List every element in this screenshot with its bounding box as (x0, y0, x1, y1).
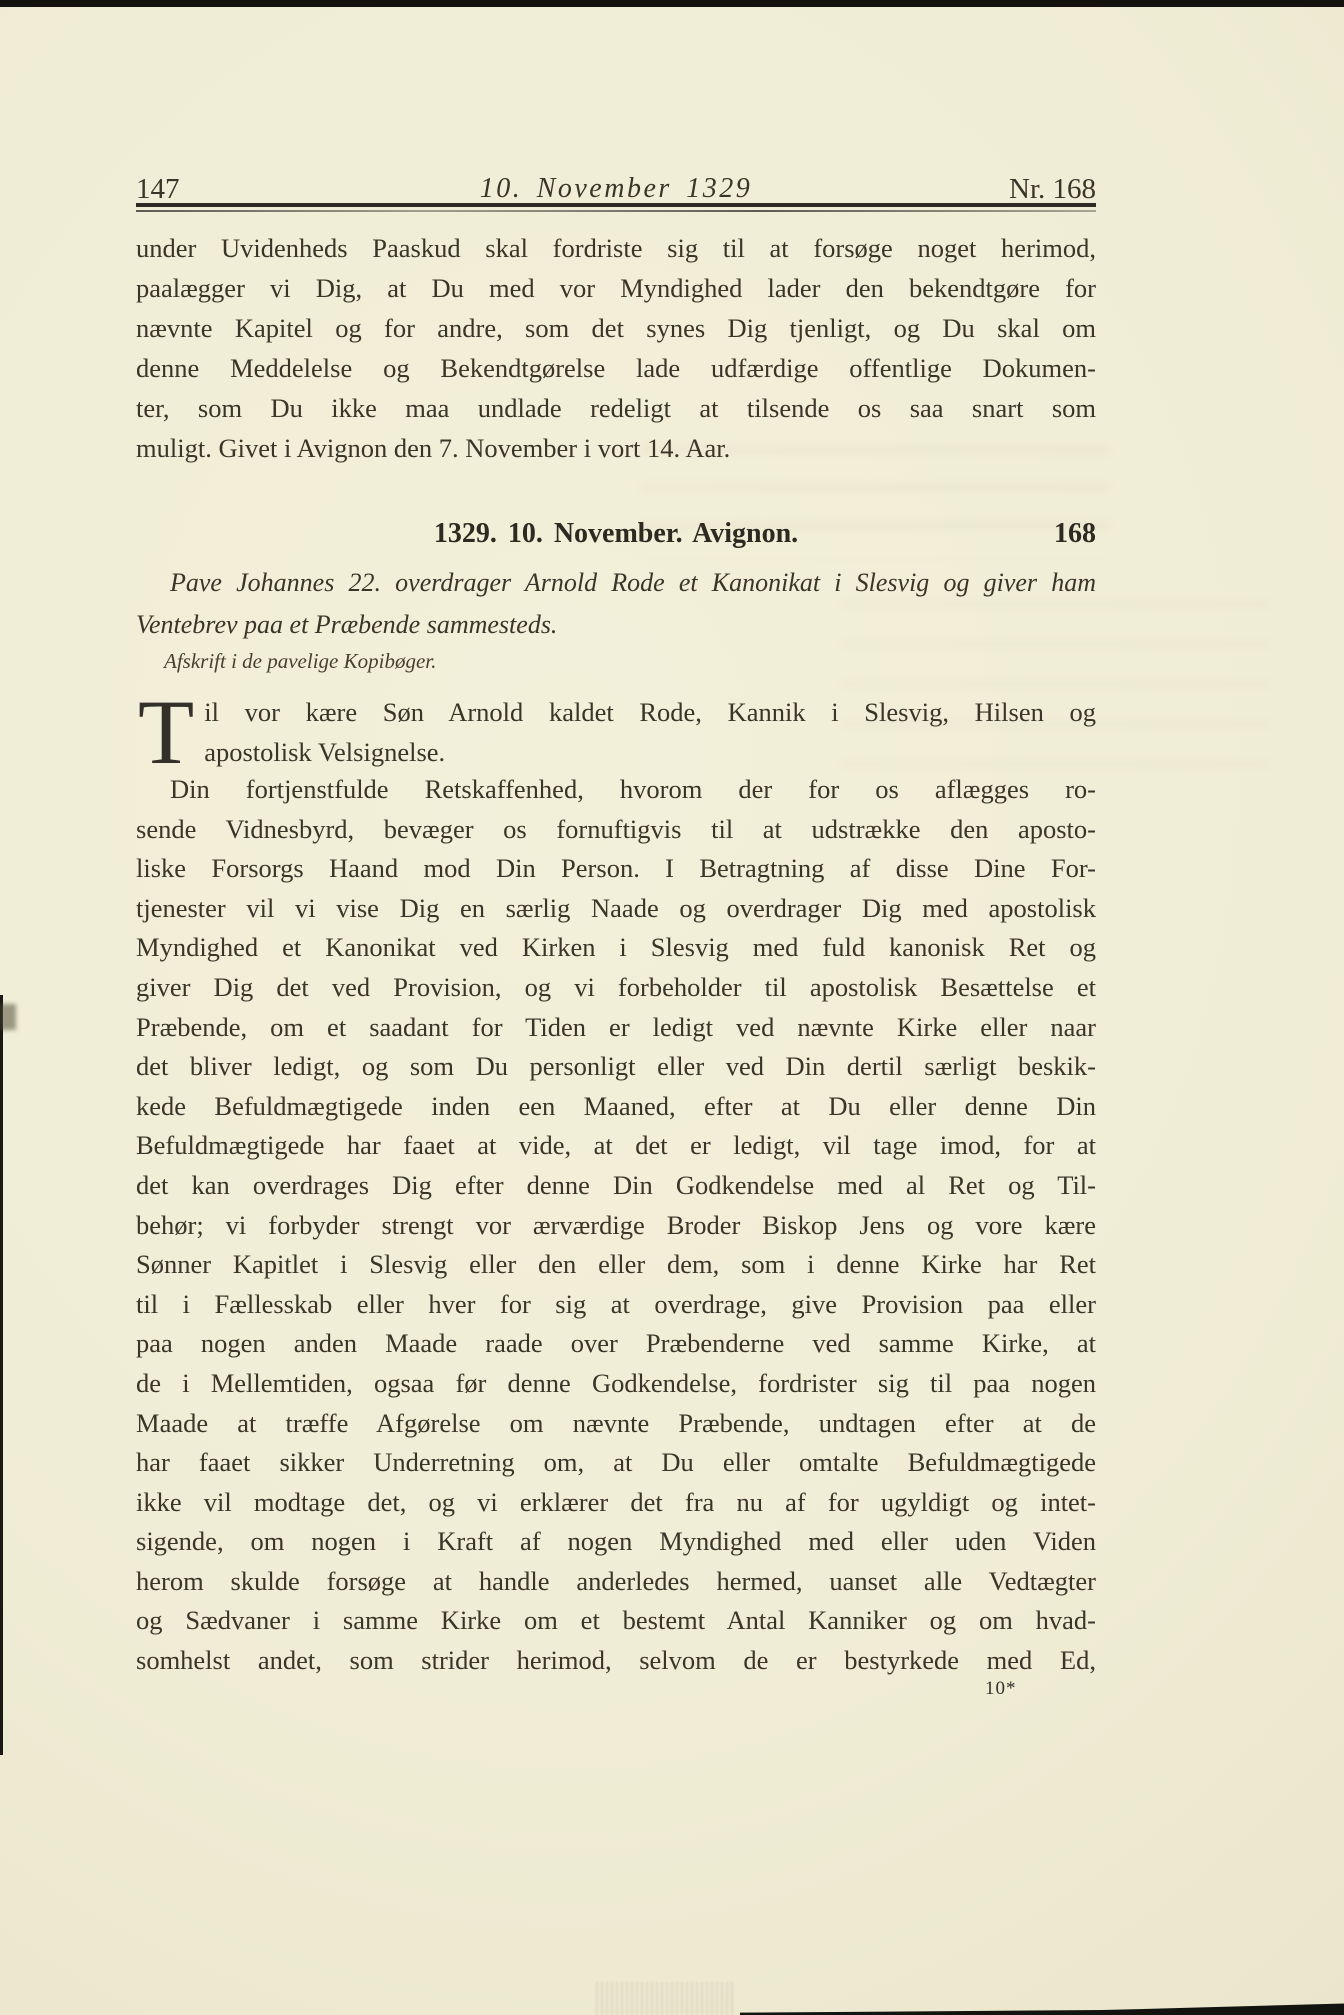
text-line: Sønner Kapitlet i Slesvig eller den elle… (136, 1245, 1096, 1285)
entry-heading-text: 1329. 10. November. Avignon. (434, 518, 798, 549)
text-line: har faaet sikker Underretning om, at Du … (136, 1443, 1096, 1483)
text-line: herom skulde forsøge at handle anderlede… (136, 1562, 1096, 1602)
text-line: tjenester vil vi vise Dig en særlig Naad… (136, 889, 1096, 929)
text-line: denne Meddelelse og Bekendtgørelse lade … (136, 348, 1096, 388)
text-line: behør; vi forbyder strengt vor ærværdige… (136, 1206, 1096, 1246)
text-line: muligt. Givet i Avignon den 7. November … (136, 428, 1096, 468)
text-line: liske Forsorgs Haand mod Din Person. I B… (136, 849, 1096, 889)
text-line: Maade at træffe Afgørelse om nævnte Præb… (136, 1404, 1096, 1444)
text-line: sigende, om nogen i Kraft af nogen Myndi… (136, 1522, 1096, 1562)
scan-top-edge (0, 0, 1344, 7)
text-line: kede Befuldmægtigede inden een Maaned, e… (136, 1087, 1096, 1127)
text-line: nævnte Kapitel og for andre, som det syn… (136, 308, 1096, 348)
header-rule-echo (136, 210, 1096, 212)
text-line: il vor kære Søn Arnold kaldet Rode, Kann… (204, 692, 1096, 732)
text-line: det bliver ledigt, og som Du personligt … (136, 1047, 1096, 1087)
entry-number-ref: Nr. 168 (1009, 172, 1096, 206)
text-line: de i Mellemtiden, ogsaa før denne Godken… (136, 1364, 1096, 1404)
text-line: somhelst andet, som strider herimod, sel… (136, 1641, 1096, 1681)
text-line: til i Fællesskab eller hver for sig at o… (136, 1285, 1096, 1325)
scan-bottom-edge (740, 2002, 1344, 2015)
book-page-scan: 147 10. November 1329 Nr. 168 under Uvid… (0, 0, 1344, 2015)
text-line: Ventebrev paa et Præbende sammesteds. (136, 604, 1096, 646)
text-line: ikke vil modtage det, og vi erklærer det… (136, 1483, 1096, 1523)
drop-cap-initial: T (138, 693, 194, 777)
text-line: Præbende, om et saadant for Tiden er led… (136, 1008, 1096, 1048)
signature-mark: 10* (985, 1676, 1017, 1702)
text-line: under Uvidenheds Paaskud skal fordriste … (136, 228, 1096, 268)
entry-heading: 1329. 10. November. Avignon. 168 (136, 516, 1096, 552)
text-line: Befuldmægtigede har faaet at vide, at de… (136, 1126, 1096, 1166)
scan-left-edge (0, 995, 3, 1755)
text-line: og Sædvaner i samme Kirke om et bestemt … (136, 1601, 1096, 1641)
running-title: 10. November 1329 (136, 172, 1096, 206)
text-line: Din fortjenstfulde Retskaffenhed, hvorom… (136, 770, 1096, 810)
continuation-paragraph: under Uvidenheds Paaskud skal fordriste … (136, 228, 1096, 468)
text-line: Myndighed et Kanonikat ved Kirken i Sles… (136, 928, 1096, 968)
salutation-lines: il vor kære Søn Arnold kaldet Rode, Kann… (136, 692, 1096, 772)
text-line: sende Vidnesbyrd, bevæger os fornuftigvi… (136, 810, 1096, 850)
text-line: ter, som Du ikke maa undlade redeligt at… (136, 388, 1096, 428)
letter-body-paragraph: Din fortjenstfulde Retskaffenhed, hvorom… (136, 770, 1096, 1681)
text-line: paa nogen anden Maade raade over Præbend… (136, 1324, 1096, 1364)
text-line: giver Dig det ved Provision, og vi forbe… (136, 968, 1096, 1008)
scan-bottom-streaks (596, 1982, 736, 2015)
text-line: paalægger vi Dig, at Du med vor Myndighe… (136, 268, 1096, 308)
scan-left-smudge (0, 1004, 16, 1030)
text-line: det kan overdrages Dig efter denne Din G… (136, 1166, 1096, 1206)
header-rule (136, 203, 1096, 207)
text-line: Pave Johannes 22. overdrager Arnold Rode… (136, 562, 1096, 604)
entry-heading-number: 168 (1054, 516, 1096, 552)
source-note: Afskrift i de pavelige Kopibøger. (136, 646, 1124, 676)
salutation-paragraph: T il vor kære Søn Arnold kaldet Rode, Ka… (136, 692, 1096, 777)
entry-summary: Pave Johannes 22. overdrager Arnold Rode… (136, 562, 1096, 646)
text-line: apostolisk Velsignelse. (204, 732, 1096, 772)
